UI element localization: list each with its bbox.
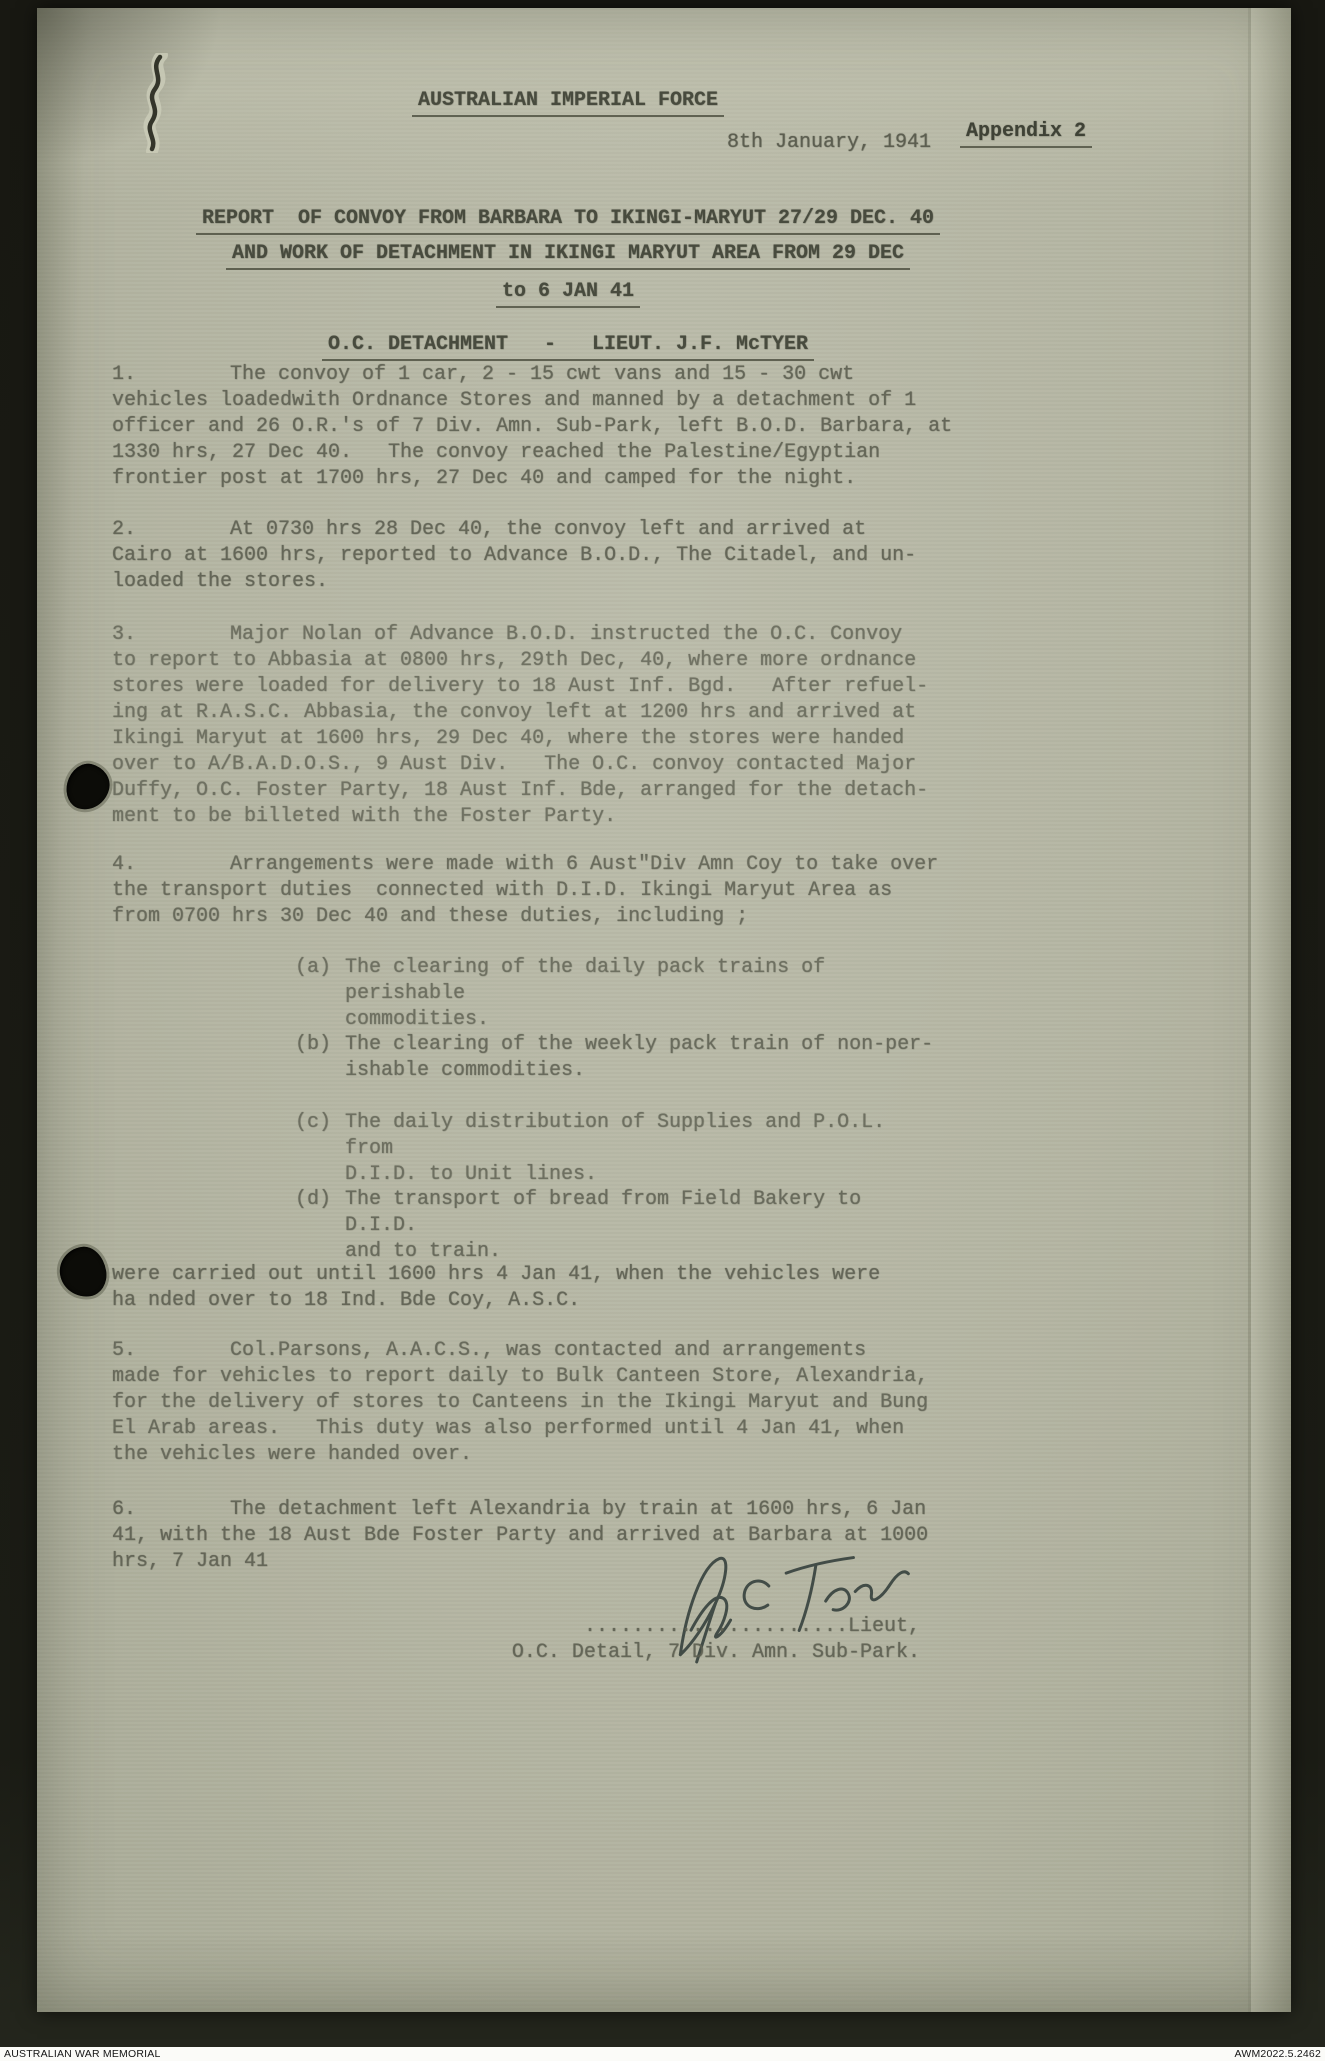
punch-hole-bottom bbox=[56, 1244, 109, 1301]
duty-d-text: The transport of bread from Field Bakery… bbox=[345, 1187, 945, 1265]
punch-hole-top bbox=[62, 760, 114, 815]
date-line: 8th January, 1941 bbox=[727, 130, 931, 156]
continuation-paragraph: were carried out until 1600 hrs 4 Jan 41… bbox=[112, 1262, 962, 1314]
footer-reference-number: AWM2022.5.2462 bbox=[1235, 2048, 1321, 2060]
paragraph-1: 1.The convoy of 1 car, 2 - 15 cwt vans a… bbox=[112, 362, 962, 492]
paragraph-4-text: Arrangements were made with 6 Aust"Div A… bbox=[112, 853, 938, 928]
org-title-text: AUSTRALIAN IMPERIAL FORCE bbox=[412, 88, 724, 117]
paragraph-1-number: 1. bbox=[112, 362, 230, 388]
duty-b-label: (b) bbox=[295, 1032, 345, 1084]
paragraph-6-number: 6. bbox=[112, 1497, 230, 1523]
paragraph-2-number: 2. bbox=[112, 517, 230, 543]
signature-role-line: O.C. Detail, 7 Div. Amn. Sub-Park. bbox=[437, 1640, 920, 1666]
paragraph-3-number: 3. bbox=[112, 622, 230, 648]
paper-sheet: AUSTRALIAN IMPERIAL FORCE Appendix 2 8th… bbox=[37, 8, 1291, 2012]
scanned-document-view: AUSTRALIAN IMPERIAL FORCE Appendix 2 8th… bbox=[0, 0, 1325, 2061]
duty-a-label: (a) bbox=[295, 955, 345, 1033]
paragraph-5-text: Col.Parsons, A.A.C.S., was contacted and… bbox=[112, 1339, 928, 1466]
duty-b-text: The clearing of the weekly pack train of… bbox=[345, 1032, 945, 1084]
footer-archive-name: AUSTRALIAN WAR MEMORIAL bbox=[4, 2048, 160, 2060]
duty-a-text: The clearing of the daily pack trains of… bbox=[345, 955, 945, 1033]
paragraph-2: 2.At 0730 hrs 28 Dec 40, the convoy left… bbox=[112, 517, 962, 595]
duty-c-label: (c) bbox=[295, 1110, 345, 1188]
duty-item-d: (d)The transport of bread from Field Bak… bbox=[295, 1187, 945, 1265]
duty-d-label: (d) bbox=[295, 1187, 345, 1265]
duty-item-a: (a)The clearing of the daily pack trains… bbox=[295, 955, 945, 1033]
title-line-3-text: to 6 JAN 41 bbox=[496, 279, 640, 308]
paragraph-5-number: 5. bbox=[112, 1338, 230, 1364]
paragraph-4-number: 4. bbox=[112, 852, 230, 878]
paragraph-4: 4.Arrangements were made with 6 Aust"Div… bbox=[112, 852, 962, 930]
appendix-text: Appendix 2 bbox=[960, 119, 1092, 148]
subtitle-officer-text: O.C. DETACHMENT - LIEUT. J.F. McTYER bbox=[322, 332, 814, 361]
duty-item-c: (c)The daily distribution of Supplies an… bbox=[295, 1110, 945, 1188]
paragraph-3: 3.Major Nolan of Advance B.O.D. instruct… bbox=[112, 622, 962, 830]
footer-bar: AUSTRALIAN WAR MEMORIAL AWM2022.5.2462 bbox=[0, 2047, 1325, 2061]
paragraph-1-text: The convoy of 1 car, 2 - 15 cwt vans and… bbox=[112, 363, 952, 490]
paragraph-5: 5.Col.Parsons, A.A.C.S., was contacted a… bbox=[112, 1338, 962, 1468]
duty-item-b: (b)The clearing of the weekly pack train… bbox=[295, 1032, 945, 1084]
paragraph-3-text: Major Nolan of Advance B.O.D. instructed… bbox=[112, 623, 928, 828]
paragraph-2-text: At 0730 hrs 28 Dec 40, the convoy left a… bbox=[112, 518, 916, 593]
signature-dotted-line: ......................Lieut, bbox=[437, 1614, 920, 1640]
duty-c-text: The daily distribution of Supplies and P… bbox=[345, 1110, 945, 1188]
